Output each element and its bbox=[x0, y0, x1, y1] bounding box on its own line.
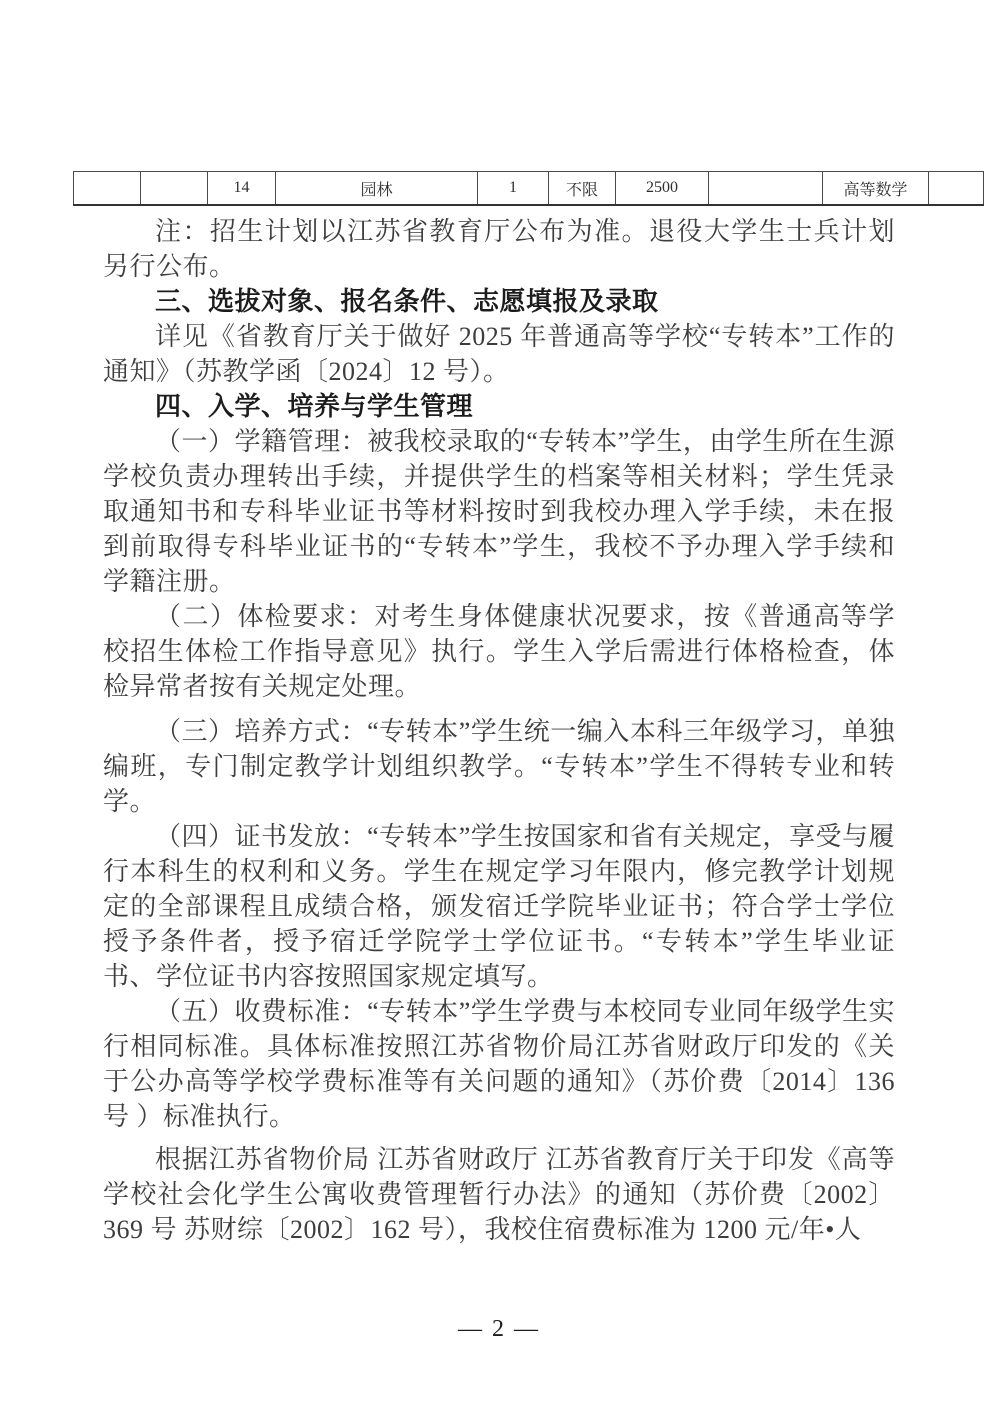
table-cell-major-number: 14 bbox=[208, 172, 276, 206]
page-number: — 2 — bbox=[0, 1316, 998, 1343]
section-three-heading: 三、选拔对象、报名条件、志愿填报及录取 bbox=[103, 284, 895, 319]
section-four-item-one: （一）学籍管理：被我校录取的“专转本”学生，由学生所在生源学校负责办理转出手续，… bbox=[103, 424, 895, 599]
table-cell-exam-subject: 高等数学 bbox=[823, 172, 929, 206]
document-page: 14 园林 1 不限 2500 高等数学 注：招生计划以江苏省教育厅公布为准。退… bbox=[0, 0, 998, 1423]
section-four-item-five: （五）收费标准：“专转本”学生学费与本校同专业同年级学生实行相同标准。具体标准按… bbox=[103, 994, 895, 1134]
note-paragraph: 注：招生计划以江苏省教育厅公布为准。退役大学生士兵计划另行公布。 bbox=[103, 214, 895, 284]
enrollment-plan-table: 14 园林 1 不限 2500 高等数学 bbox=[73, 171, 984, 206]
table-cell bbox=[141, 172, 208, 206]
section-four-item-four: （四）证书发放：“专转本”学生按国家和省有关规定，享受与履行本科生的权利和义务。… bbox=[103, 819, 895, 994]
table-cell bbox=[74, 172, 141, 206]
table-cell-limit: 不限 bbox=[549, 172, 616, 206]
section-four-item-three: （三）培养方式：“专转本”学生统一编入本科三年级学习，单独编班，专门制定教学计划… bbox=[103, 714, 895, 819]
section-four-heading: 四、入学、培养与学生管理 bbox=[103, 389, 895, 424]
table-cell-major-name: 园林 bbox=[276, 172, 478, 206]
table-cell-fee: 2500 bbox=[616, 172, 709, 206]
section-three-paragraph: 详见《省教育厅关于做好 2025 年普通高等学校“专转本”工作的通知》（苏教学函… bbox=[103, 319, 895, 389]
table-cell bbox=[709, 172, 823, 206]
table-row: 14 园林 1 不限 2500 高等数学 bbox=[74, 172, 984, 206]
table-cell-plan-count: 1 bbox=[478, 172, 549, 206]
section-four-housing-paragraph: 根据江苏省物价局 江苏省财政厅 江苏省教育厅关于印发《高等学校社会化学生公寓收费… bbox=[103, 1142, 895, 1247]
table-cell bbox=[929, 172, 984, 206]
section-four-item-two: （二）体检要求：对考生身体健康状况要求，按《普通高等学校招生体检工作指导意见》执… bbox=[103, 599, 895, 704]
document-body: 注：招生计划以江苏省教育厅公布为准。退役大学生士兵计划另行公布。 三、选拔对象、… bbox=[103, 214, 895, 1247]
